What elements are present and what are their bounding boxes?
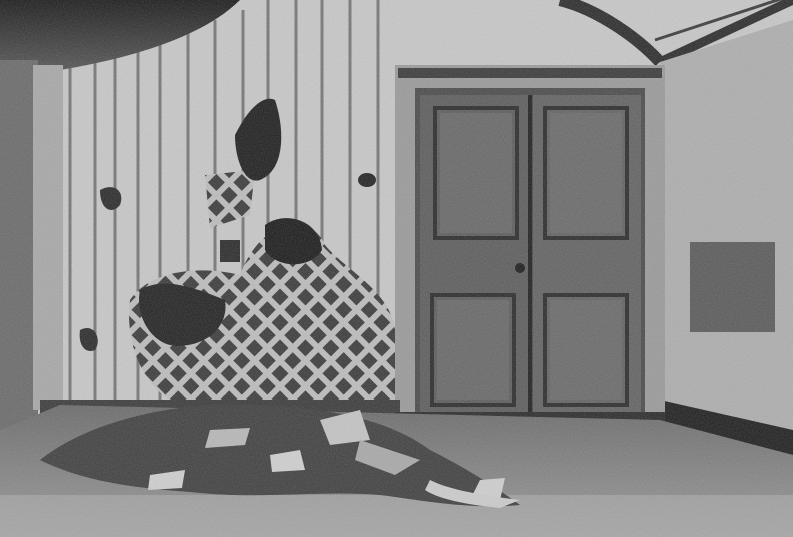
photograph: [0, 0, 793, 537]
room-scene: [0, 0, 793, 537]
grain-overlay: [0, 0, 793, 537]
